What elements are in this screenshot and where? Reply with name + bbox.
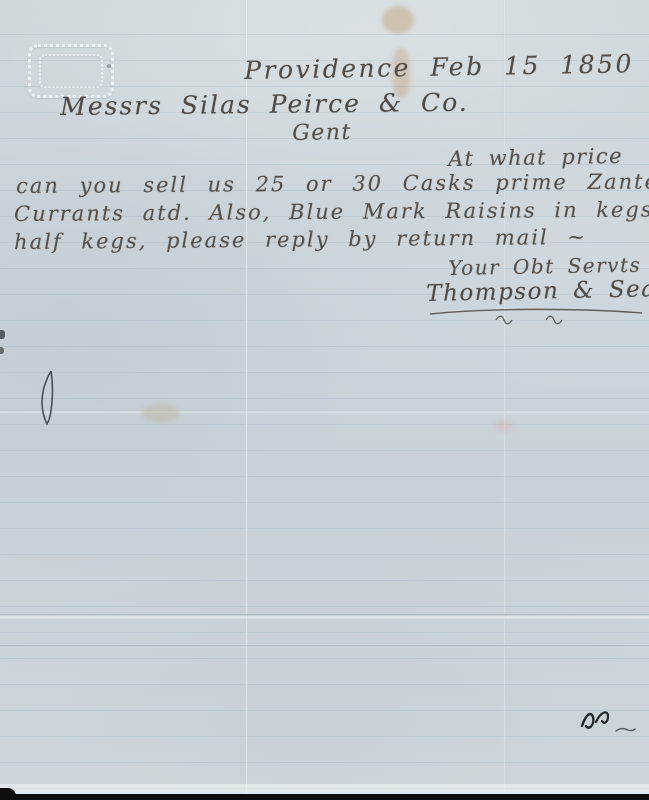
scan-background-bottom-edge: [0, 794, 649, 800]
scanned-letter: Providence Feb 15 1850 Messrs Silas Peir…: [0, 0, 649, 800]
stain-top: [382, 6, 414, 34]
recipient-line: Messrs Silas Peirce & Co.: [60, 88, 469, 121]
stain-pink: [494, 420, 512, 432]
corner-ink-scribble: [578, 706, 640, 740]
body-line-4: half kegs, please reply by return mail ~: [14, 225, 587, 254]
embossed-stamp-inner-border: [39, 54, 103, 88]
paper-bottom-edge-highlight: [0, 784, 649, 794]
scan-background-corner: [0, 788, 16, 800]
closing-line: Your Obt Servts: [448, 253, 641, 280]
left-edge-mark-1: [0, 330, 5, 339]
signature-underline-flourish: [428, 306, 646, 326]
body-line-2: can you sell us 25 or 30 Casks prime Zan…: [16, 170, 649, 198]
body-line-3: Currants atd. Also, Blue Mark Raisins in…: [14, 197, 649, 226]
body-line-1: At what price: [448, 144, 623, 171]
stain-middle: [142, 404, 180, 422]
signature: Thompson & Seagrave: [426, 275, 649, 307]
salutation: Gent: [292, 120, 352, 146]
margin-ink-flourish: [36, 368, 62, 430]
ink-speck: [107, 64, 111, 68]
embossed-stationer-stamp-icon: [28, 44, 114, 98]
